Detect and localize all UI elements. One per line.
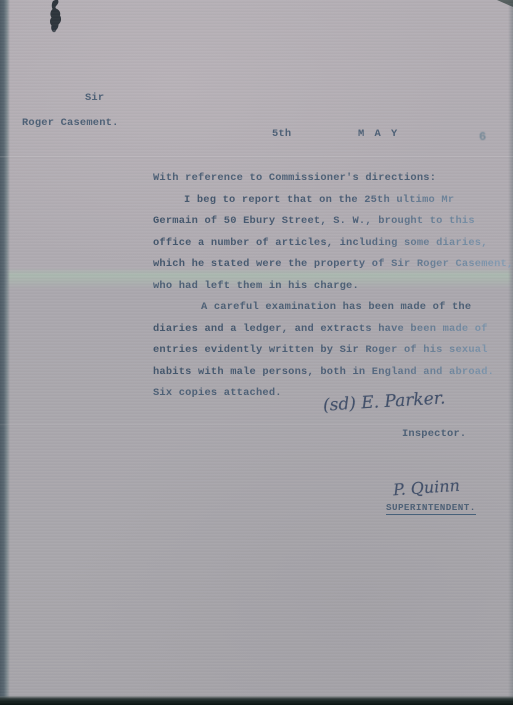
addressee-line-name: Roger Casement. xyxy=(22,117,119,129)
scanned-document-page: Sir Roger Casement. 5th M A Y 6 With ref… xyxy=(0,0,513,705)
scan-corner-shadow xyxy=(497,0,513,7)
scan-bottom-edge xyxy=(0,696,513,705)
typed-line: who had left them in his charge. xyxy=(153,276,513,298)
typed-line: I beg to report that on the 25th ultimo … xyxy=(153,190,513,212)
superintendent-signature: P. Quinn xyxy=(392,476,460,500)
salutation-line: With reference to Commissioner's directi… xyxy=(153,168,513,190)
superintendent-title: SUPERINTENDENT. xyxy=(386,502,476,515)
paper-crease xyxy=(0,156,513,158)
scan-left-edge xyxy=(0,0,10,705)
date-month-stamp: M A Y xyxy=(358,128,399,140)
typed-line: Germain of 50 Ebury Street, S. W., broug… xyxy=(153,211,513,233)
typed-line: A careful examination has been made of t… xyxy=(153,297,513,319)
report-body: With reference to Commissioner's directi… xyxy=(153,168,513,405)
typed-line: diaries and a ledger, and extracts have … xyxy=(153,319,513,341)
addressee-line-sir: Sir xyxy=(85,92,104,104)
inspector-title: Inspector. xyxy=(402,428,466,440)
paper-crease xyxy=(0,424,513,426)
typed-line: which he stated were the property of Sir… xyxy=(153,254,513,276)
typed-line: entries evidently written by Sir Roger o… xyxy=(153,340,513,362)
typed-line: office a number of articles, including s… xyxy=(153,233,513,255)
date-day: 5th xyxy=(272,128,291,140)
date-year-fragment: 6 xyxy=(479,130,486,144)
ink-blot-mark xyxy=(43,0,67,34)
typed-line: habits with male persons, both in Englan… xyxy=(153,362,513,384)
